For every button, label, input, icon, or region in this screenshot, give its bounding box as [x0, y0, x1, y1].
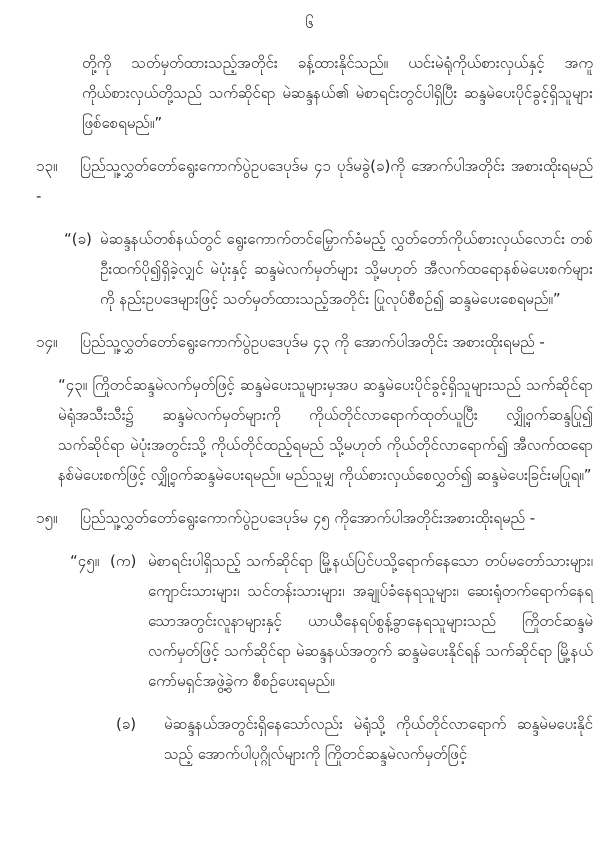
paragraph-14-number: ၁၄။	[36, 327, 62, 357]
paragraph-15-text: ပြည်သူ့လွှတ်တော်ရွေးကောက်ပွဲဥပဒေပုဒ်မ ၄၅…	[80, 509, 535, 527]
paragraph-14-text: ပြည်သူ့လွှတ်တော်ရွေးကောက်ပွဲဥပဒေပုဒ်မ ၄၃…	[80, 333, 545, 351]
paragraph-14: ၁၄။ပြည်သူ့လွှတ်တော်ရွေးကောက်ပွဲဥပဒေပုဒ်မ…	[36, 327, 593, 357]
clause-13-kha: “(ခ) မဲဆန္ဒနယ်တစ်နယ်တွင် ရွေးကောက်တင်မြှ…	[64, 224, 593, 314]
paragraph-continuation-quote: တို့ကို သတ်မှတ်ထားသည့်အတိုင်း ခန့်ထားနို…	[82, 48, 593, 138]
paragraph-13: ၁၃။ပြည်သူ့လွှတ်တော်ရွေးကောက်ပွဲဥပဒေပုဒ်မ…	[36, 151, 593, 211]
paragraph-13-text: ပြည်သူ့လွှတ်တော်ရွေးကောက်ပွဲဥပဒေပုဒ်မ ၄၁…	[36, 157, 593, 205]
clause-45-ka-label: (က)	[110, 546, 148, 576]
paragraph-15-number: ၁၅။	[36, 503, 62, 533]
document-page: ၆ တို့ကို သတ်မှတ်ထားသည့်အတိုင်း ခန့်ထားန…	[0, 0, 605, 862]
clause-45-kha-text: မဲဆန္ဒနယ်အတွင်းရှိနေသော်လည်း မဲရုံသို့ က…	[164, 709, 593, 769]
clause-45-ka: “၄၅။ (က) မဲစာရင်းပါရှိသည့် သက်ဆိုင်ရာ မြ…	[70, 546, 593, 696]
clause-13-kha-text: မဲဆန္ဒနယ်တစ်နယ်တွင် ရွေးကောက်တင်မြှောက်ခ…	[100, 224, 593, 314]
clause-45-kha-label: (ခ)	[116, 709, 164, 739]
clause-45-ka-text: မဲစာရင်းပါရှိသည့် သက်ဆိုင်ရာ မြို့နယ်ပြင…	[148, 546, 593, 696]
page-number: ၆	[36, 10, 593, 36]
paragraph-15: ၁၅။ပြည်သူ့လွှတ်တော်ရွေးကောက်ပွဲဥပဒေပုဒ်မ…	[36, 503, 593, 533]
paragraph-13-number: ၁၃။	[36, 151, 62, 181]
clause-45-label: “၄၅။	[70, 546, 110, 576]
clause-45-kha: (ခ) မဲဆန္ဒနယ်အတွင်းရှိနေသော်လည်း မဲရုံသိ…	[116, 709, 593, 769]
clause-13-kha-label: “(ခ)	[64, 224, 100, 254]
clause-43-quote: “၄၃။ ကြိုတင်ဆန္ဒမဲလက်မှတ်ဖြင့် ဆန္ဒမဲပေး…	[58, 370, 593, 490]
